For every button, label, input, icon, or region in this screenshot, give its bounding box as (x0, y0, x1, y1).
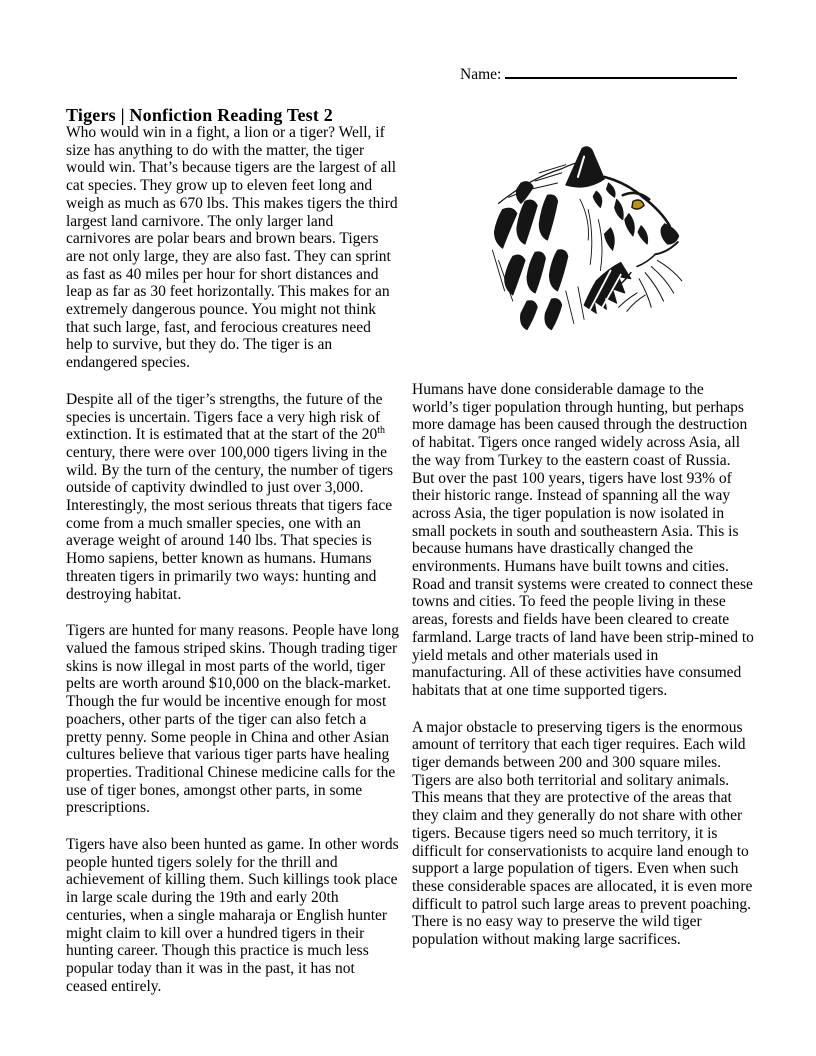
name-label: Name: (460, 66, 501, 83)
worksheet-page: Name: Tigers | Nonfiction Reading Test 2 (0, 0, 816, 1056)
page-title: Tigers | Nonfiction Reading Test 2 (66, 105, 333, 126)
paragraph-habitat-destruction: Humans have done considerable damage to … (412, 381, 754, 700)
right-text-column: Humans have done considerable damage to … (412, 381, 754, 968)
tiger-head-ink-sketch-icon (468, 138, 692, 338)
left-text-column: Who would win in a fight, a lion or a ti… (66, 124, 400, 1014)
paragraph-territory-obstacle: A major obstacle to preserving tigers is… (412, 719, 754, 949)
paragraph-intro: Who would win in a fight, a lion or a ti… (66, 124, 400, 372)
tiger-illustration (468, 138, 692, 338)
name-blank-underline (505, 62, 737, 79)
paragraph-hunted-as-game: Tigers have also been hunted as game. In… (66, 836, 400, 995)
name-line: Name: (460, 62, 737, 84)
paragraph-hunting-reasons: Tigers are hunted for many reasons. Peop… (66, 622, 400, 817)
paragraph-extinction-risk: Despite all of the tiger’s strengths, th… (66, 391, 400, 603)
